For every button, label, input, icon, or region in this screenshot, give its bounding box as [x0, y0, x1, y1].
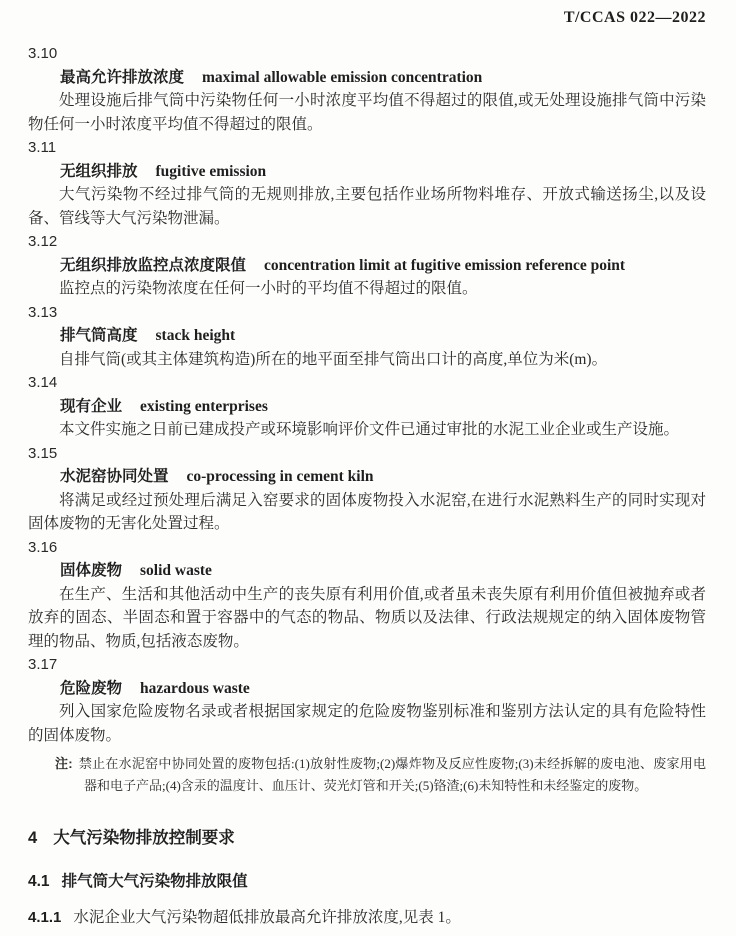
clause-number: 3.16 — [28, 536, 706, 560]
term-zh: 现有企业 — [60, 398, 122, 415]
term-heading: 水泥窑协同处置 co-processing in cement kiln — [28, 465, 706, 489]
term-heading: 危险废物 hazardous waste — [28, 677, 706, 701]
term-section-3-12: 3.12 无组织排放监控点浓度限值 concentration limit at… — [28, 230, 706, 301]
term-en: fugitive emission — [156, 163, 267, 180]
clause-number: 3.15 — [28, 442, 706, 466]
chapter-number: 4 — [28, 829, 37, 847]
term-section-3-13: 3.13 排气筒高度 stack height 自排气筒(或其主体建筑构造)所在… — [28, 301, 706, 372]
document-page: T/CCAS 022—2022 3.10 最高允许排放浓度 maximal al… — [0, 0, 736, 936]
term-definition: 将满足或经过预处理后满足入窑要求的固体废物投入水泥窑,在进行水泥熟料生产的同时实… — [28, 489, 706, 536]
term-section-3-16: 3.16 固体废物 solid waste 在生产、生活和其他活动中生产的丧失原… — [28, 536, 706, 654]
term-zh: 无组织排放监控点浓度限值 — [60, 257, 246, 274]
term-definition: 监控点的污染物浓度在任何一小时的平均值不得超过的限值。 — [28, 277, 706, 301]
clause-number: 3.17 — [28, 653, 706, 677]
clause-number: 3.13 — [28, 301, 706, 325]
term-definition: 本文件实施之日前已建成投产或环境影响评价文件已通过审批的水泥工业企业或生产设施。 — [28, 418, 706, 442]
clause-4-1-1: 4.1.1水泥企业大气污染物超低排放最高允许排放浓度,见表 1。 — [28, 906, 706, 930]
term-heading: 无组织排放监控点浓度限值 concentration limit at fugi… — [28, 254, 706, 278]
term-definition: 在生产、生活和其他活动中生产的丧失原有利用价值,或者虽未丧失原有利用价值但被抛弃… — [28, 583, 706, 654]
term-en: hazardous waste — [140, 680, 250, 697]
section-number: 4.1 — [28, 873, 50, 890]
term-heading: 固体废物 solid waste — [28, 559, 706, 583]
term-heading: 最高允许排放浓度 maximal allowable emission conc… — [28, 66, 706, 90]
term-definition: 自排气筒(或其主体建筑构造)所在的地平面至排气筒出口计的高度,单位为米(m)。 — [28, 348, 706, 372]
note-text: 禁止在水泥窑中协同处置的废物包括:(1)放射性废物;(2)爆炸物及反应性废物;(… — [79, 756, 706, 793]
term-en: co-processing in cement kiln — [187, 468, 374, 485]
chapter-4-heading: 4大气污染物排放控制要求 — [28, 824, 706, 848]
term-heading: 现有企业 existing enterprises — [28, 395, 706, 419]
note: 注:禁止在水泥窑中协同处置的废物包括:(1)放射性废物;(2)爆炸物及反应性废物… — [28, 753, 706, 796]
note-label: 注: — [55, 756, 73, 771]
term-zh: 固体废物 — [60, 562, 122, 579]
section-4-1-heading: 4.1排气筒大气污染物排放限值 — [28, 869, 706, 891]
term-zh: 排气筒高度 — [60, 327, 138, 344]
term-definition: 大气污染物不经过排气筒的无规则排放,主要包括作业场所物料堆存、开放式输送扬尘,以… — [28, 183, 706, 230]
term-section-3-10: 3.10 最高允许排放浓度 maximal allowable emission… — [28, 42, 706, 136]
term-heading: 无组织排放 fugitive emission — [28, 160, 706, 184]
term-heading: 排气筒高度 stack height — [28, 324, 706, 348]
clause-text: 水泥企业大气污染物超低排放最高允许排放浓度,见表 1。 — [73, 909, 461, 926]
term-en: concentration limit at fugitive emission… — [264, 257, 625, 274]
clause-number: 4.1.1 — [28, 909, 61, 926]
term-section-3-14: 3.14 现有企业 existing enterprises 本文件实施之日前已… — [28, 371, 706, 442]
term-section-3-17: 3.17 危险废物 hazardous waste 列入国家危险废物名录或者根据… — [28, 653, 706, 747]
section-title: 排气筒大气污染物排放限值 — [62, 873, 248, 890]
clause-number: 3.10 — [28, 42, 706, 66]
term-en: maximal allowable emission concentration — [202, 69, 482, 86]
document-body: 3.10 最高允许排放浓度 maximal allowable emission… — [28, 42, 706, 930]
term-en: stack height — [156, 327, 236, 344]
chapter-title: 大气污染物排放控制要求 — [53, 829, 235, 847]
term-en: solid waste — [140, 562, 212, 579]
clause-number: 3.12 — [28, 230, 706, 254]
term-zh: 无组织排放 — [60, 163, 138, 180]
term-zh: 水泥窑协同处置 — [60, 468, 169, 485]
term-definition: 处理设施后排气筒中污染物任何一小时浓度平均值不得超过的限值,或无处理设施排气筒中… — [28, 89, 706, 136]
term-en: existing enterprises — [140, 398, 268, 415]
clause-number: 3.11 — [28, 136, 706, 160]
term-zh: 最高允许排放浓度 — [60, 69, 184, 86]
term-section-3-15: 3.15 水泥窑协同处置 co-processing in cement kil… — [28, 442, 706, 536]
clause-number: 3.14 — [28, 371, 706, 395]
term-definition: 列入国家危险废物名录或者根据国家规定的危险废物鉴别标准和鉴别方法认定的具有危险特… — [28, 700, 706, 747]
term-zh: 危险废物 — [60, 680, 122, 697]
term-section-3-11: 3.11 无组织排放 fugitive emission 大气污染物不经过排气筒… — [28, 136, 706, 230]
document-code: T/CCAS 022—2022 — [28, 9, 706, 27]
